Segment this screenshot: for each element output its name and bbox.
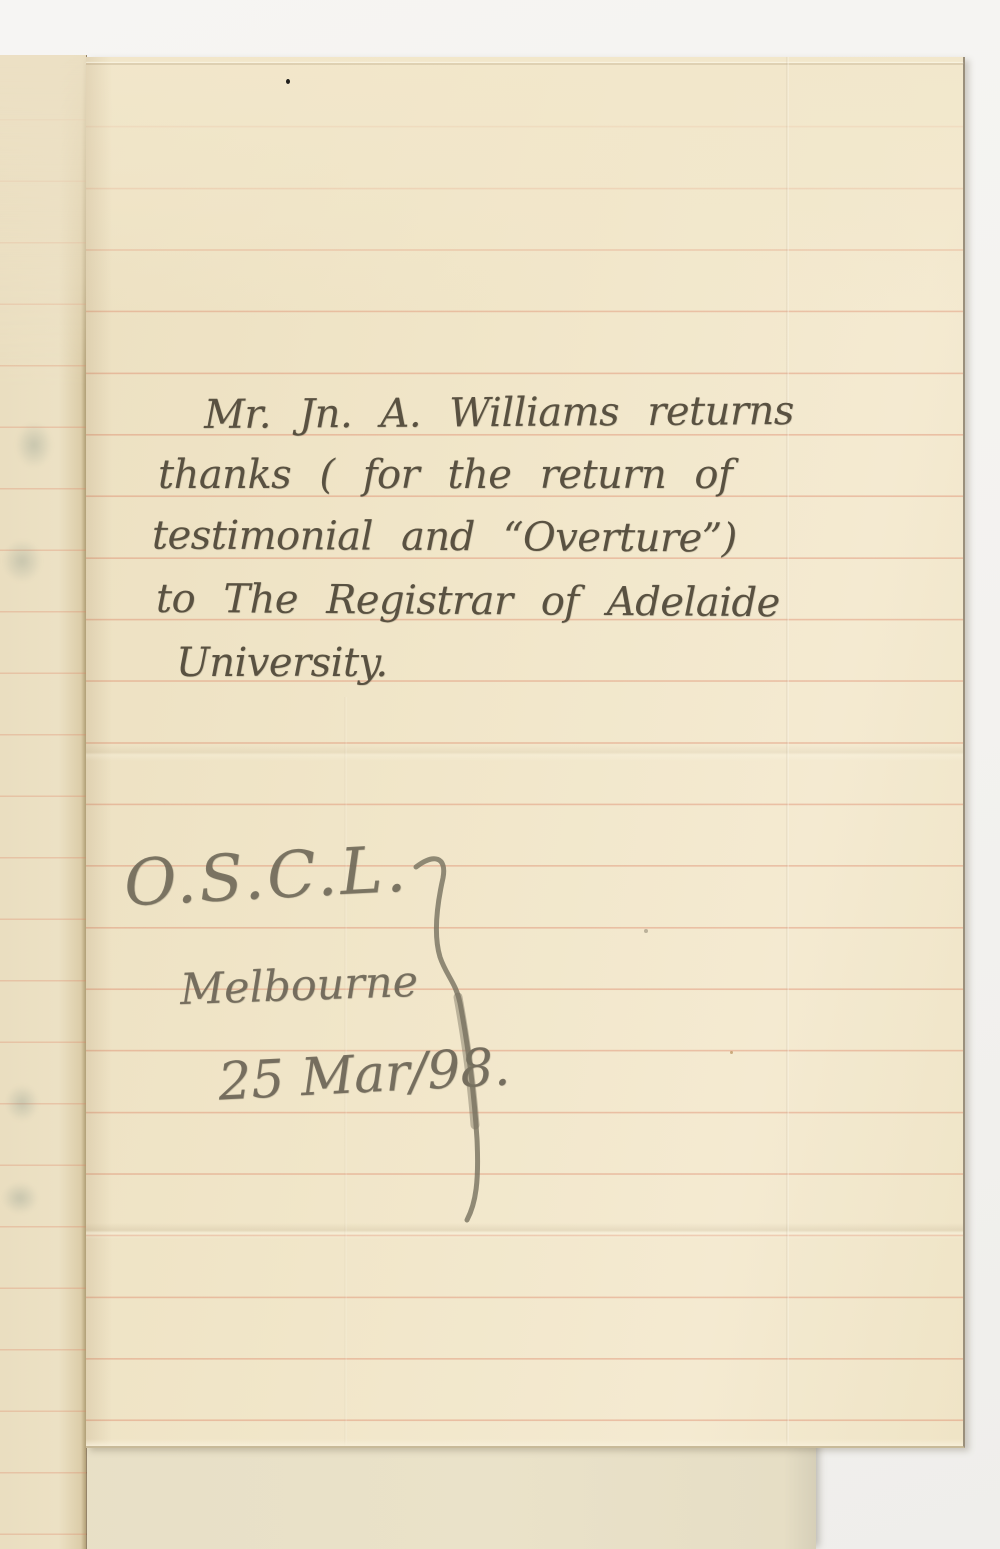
folded-page-left-strip — [0, 55, 87, 1549]
lower-fold-crease — [86, 1223, 963, 1239]
underlying-page-sheet — [0, 1438, 816, 1549]
top-fold-crease — [86, 63, 963, 65]
docket-initials: O.S.C.L. — [123, 838, 411, 917]
ink-showthrough-mark — [0, 1177, 44, 1219]
handwritten-line: testimonial and “Overture”) — [152, 515, 737, 558]
handwritten-line: Mr. Jn. A. Williams returns — [204, 391, 794, 435]
handwritten-line: thanks ( for the return of — [158, 455, 732, 495]
paper-speck — [730, 1051, 733, 1054]
letter-page: Mr. Jn. A. Williams returns thanks ( for… — [86, 57, 965, 1448]
scanner-background: Mr. Jn. A. Williams returns thanks ( for… — [0, 0, 1000, 1549]
ink-showthrough-mark — [0, 533, 48, 589]
handwritten-line: University. — [176, 643, 388, 683]
docket-place: Melbourne — [179, 961, 418, 1012]
handdrawn-brace-mark — [406, 851, 492, 1229]
vertical-fold-crease — [786, 57, 789, 1446]
handwritten-line: to The Registrar of Adelaide — [156, 579, 780, 623]
paper-speck — [644, 929, 648, 933]
ink-showthrough-mark — [0, 1079, 44, 1127]
ink-showthrough-mark — [10, 415, 58, 475]
ink-speck — [286, 79, 290, 84]
middle-fold-crease — [86, 745, 963, 761]
